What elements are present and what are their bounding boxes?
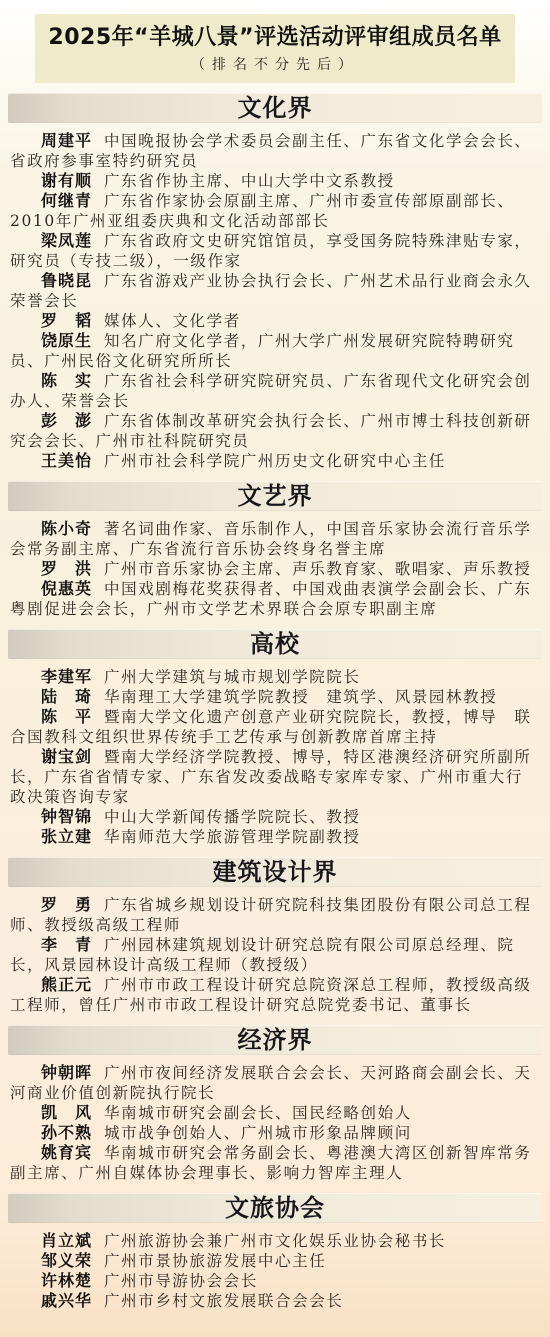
member-name: 张立建 (41, 827, 92, 846)
member-name: 凯 风 (41, 1103, 92, 1122)
member-desc: 广州市社会科学院广州历史文化研究中心主任 (104, 452, 446, 470)
member-name: 许林楚 (41, 1271, 92, 1290)
member-entry: 何继青广东省作家协会原副主席、广州市委宣传部原副部长、2010年广州亚组委庆典和… (10, 191, 540, 231)
member-name: 陈 实 (41, 371, 92, 390)
section-heading: 建筑设计界 (8, 857, 542, 887)
member-name: 倪惠英 (41, 579, 92, 598)
section-heading: 文艺界 (8, 481, 542, 511)
member-name: 梁凤莲 (41, 231, 92, 250)
section-heading: 高校 (8, 629, 542, 659)
member-entry: 罗 韬媒体人、文化学者 (10, 311, 540, 331)
member-entry: 邹义荣广州市景协旅游发展中心主任 (10, 1251, 540, 1271)
member-section-3: 建筑设计界罗 勇广东省城乡规划设计研究院科技集团股份有限公司总工程师、教授级高级… (0, 857, 550, 1015)
member-entry: 许林楚广州市导游协会会长 (10, 1271, 540, 1291)
member-entry: 倪惠英中国戏剧梅花奖获得者、中国戏曲表演学会副会长、广东粤剧促进会会长，广州市文… (10, 579, 540, 619)
member-name: 陈小奇 (41, 519, 92, 538)
member-entry: 李建军广州大学建筑与城市规划学院院长 (10, 667, 540, 687)
member-entry: 罗 洪广州市音乐家协会主席、声乐教育家、歌唱家、声乐教授 (10, 559, 540, 579)
member-entry: 李 青广州园林建筑规划设计研究总院有限公司原总经理、院长，风景园林设计高级工程师… (10, 935, 540, 975)
member-entry: 彭 澎广东省体制改革研究会执行会长、广州市博士科技创新研究会会长、广州市社科院研… (10, 411, 540, 451)
member-entry: 梁凤莲广东省政府文史研究馆馆员，享受国务院特殊津贴专家，研究员（专技二级），一级… (10, 231, 540, 271)
page: 2025年“羊城八景”评选活动评审组成员名单 （排名不分先后） 文化界周建平中国… (0, 0, 550, 1337)
member-desc: 广州旅游协会兼广州市文化娱乐业协会秘书长 (104, 1232, 446, 1250)
title-box: 2025年“羊城八景”评选活动评审组成员名单 （排名不分先后） (35, 14, 515, 83)
member-entry: 王美怡广州市社会科学院广州历史文化研究中心主任 (10, 451, 540, 471)
member-name: 李 青 (41, 935, 92, 954)
member-name: 何继青 (41, 191, 92, 210)
member-name: 陈 平 (41, 707, 92, 726)
member-section-4: 经济界钟朝晖广州市夜间经济发展联合会会长、天河路商会副会长、天河商业价值创新院执… (0, 1025, 550, 1183)
member-desc: 城市战争创始人、广州城市形象品牌顾问 (104, 1124, 412, 1142)
member-section-5: 文旅协会肖立斌广州旅游协会兼广州市文化娱乐业协会秘书长邹义荣广州市景协旅游发展中… (0, 1193, 550, 1311)
member-name: 谢宝剑 (41, 747, 92, 766)
member-name: 孙不熟 (41, 1123, 92, 1142)
member-entry: 鲁晓昆广东省游戏产业协会执行会长、广州艺术品行业商会永久荣誉会长 (10, 271, 540, 311)
member-desc: 广州市景协旅游发展中心主任 (104, 1252, 326, 1270)
member-name: 戚兴华 (41, 1291, 92, 1310)
member-desc: 华南城市研究会副会长、国民经略创始人 (104, 1104, 412, 1122)
section-heading: 文化界 (8, 93, 542, 123)
member-name: 罗 勇 (41, 895, 92, 914)
member-desc: 媒体人、文化学者 (104, 312, 241, 330)
member-entry: 凯 风华南城市研究会副会长、国民经略创始人 (10, 1103, 540, 1123)
member-name: 周建平 (41, 131, 92, 150)
member-name: 邹义荣 (41, 1251, 92, 1270)
member-entry: 钟朝晖广州市夜间经济发展联合会会长、天河路商会副会长、天河商业价值创新院执行院长 (10, 1063, 540, 1103)
member-entry: 戚兴华广州市乡村文旅发展联合会会长 (10, 1291, 540, 1311)
member-entry: 陈小奇著名词曲作家、音乐制作人，中国音乐家协会流行音乐学会常务副主席、广东省流行… (10, 519, 540, 559)
member-name: 王美怡 (41, 451, 92, 470)
member-name: 罗 洪 (41, 559, 92, 578)
member-desc: 华南师范大学旅游管理学院副教授 (104, 828, 361, 846)
member-desc: 广州市导游协会会长 (104, 1272, 258, 1290)
member-entry: 谢宝剑暨南大学经济学院教授、博导，特区港澳经济研究所副所长，广东省省情专家、广东… (10, 747, 540, 807)
member-name: 陆 琦 (41, 687, 92, 706)
member-name: 谢有顺 (41, 171, 92, 190)
member-desc: 华南理工大学建筑学院教授 建筑学、风景园林教授 (104, 688, 497, 706)
member-entry: 谢有顺广东省作协主席、中山大学中文系教授 (10, 171, 540, 191)
member-entry: 周建平中国晚报协会学术委员会副主任、广东省文化学会会长、省政府参事室特约研究员 (10, 131, 540, 171)
member-name: 李建军 (41, 667, 92, 686)
member-desc: 中山大学新闻传播学院院长、教授 (104, 808, 361, 826)
section-heading: 经济界 (8, 1025, 542, 1055)
member-entry: 熊正元广州市市政工程设计研究总院资深总工程师，教授级高级工程师，曾任广州市市政工… (10, 975, 540, 1015)
member-entry: 钟智锦中山大学新闻传播学院院长、教授 (10, 807, 540, 827)
member-entry: 张立建华南师范大学旅游管理学院副教授 (10, 827, 540, 847)
member-name: 饶原生 (41, 331, 92, 350)
member-name: 罗 韬 (41, 311, 92, 330)
member-name: 鲁晓昆 (41, 271, 92, 290)
member-desc: 广州市音乐家协会主席、声乐教育家、歌唱家、声乐教授 (104, 560, 532, 578)
member-section-2: 高校李建军广州大学建筑与城市规划学院院长陆 琦华南理工大学建筑学院教授 建筑学、… (0, 629, 550, 847)
member-entry: 孙不熟城市战争创始人、广州城市形象品牌顾问 (10, 1123, 540, 1143)
member-entry: 罗 勇广东省城乡规划设计研究院科技集团股份有限公司总工程师、教授级高级工程师 (10, 895, 540, 935)
member-entry: 肖立斌广州旅游协会兼广州市文化娱乐业协会秘书长 (10, 1231, 540, 1251)
member-entry: 陆 琦华南理工大学建筑学院教授 建筑学、风景园林教授 (10, 687, 540, 707)
member-name: 熊正元 (41, 975, 92, 994)
member-name: 姚育宾 (41, 1143, 92, 1162)
page-title: 2025年“羊城八景”评选活动评审组成员名单 (41, 24, 509, 52)
member-desc: 广东省作协主席、中山大学中文系教授 (104, 172, 395, 190)
page-subtitle: （排名不分先后） (41, 56, 509, 74)
member-name: 钟智锦 (41, 807, 92, 826)
member-entry: 陈 平暨南大学文化遗产创意产业研究院院长，教授，博导 联合国教科文组织世界传统手… (10, 707, 540, 747)
member-sections: 文化界周建平中国晚报协会学术委员会副主任、广东省文化学会会长、省政府参事室特约研… (0, 93, 550, 1311)
member-name: 钟朝晖 (41, 1063, 92, 1082)
member-desc: 广州市乡村文旅发展联合会会长 (104, 1292, 343, 1310)
member-section-1: 文艺界陈小奇著名词曲作家、音乐制作人，中国音乐家协会流行音乐学会常务副主席、广东… (0, 481, 550, 619)
member-section-0: 文化界周建平中国晚报协会学术委员会副主任、广东省文化学会会长、省政府参事室特约研… (0, 93, 550, 471)
member-entry: 姚育宾华南城市研究会常务副会长、粤港澳大湾区创新智库常务副主席、广州自媒体协会理… (10, 1143, 540, 1183)
member-entry: 陈 实广东省社会科学研究院研究员、广东省现代文化研究会创办人、荣誉会长 (10, 371, 540, 411)
member-name: 彭 澎 (41, 411, 92, 430)
section-heading: 文旅协会 (8, 1193, 542, 1223)
member-entry: 饶原生知名广府文化学者，广州大学广州发展研究院特聘研究员、广州民俗文化研究所所长 (10, 331, 540, 371)
member-desc: 广州大学建筑与城市规划学院院长 (104, 668, 361, 686)
member-name: 肖立斌 (41, 1231, 92, 1250)
